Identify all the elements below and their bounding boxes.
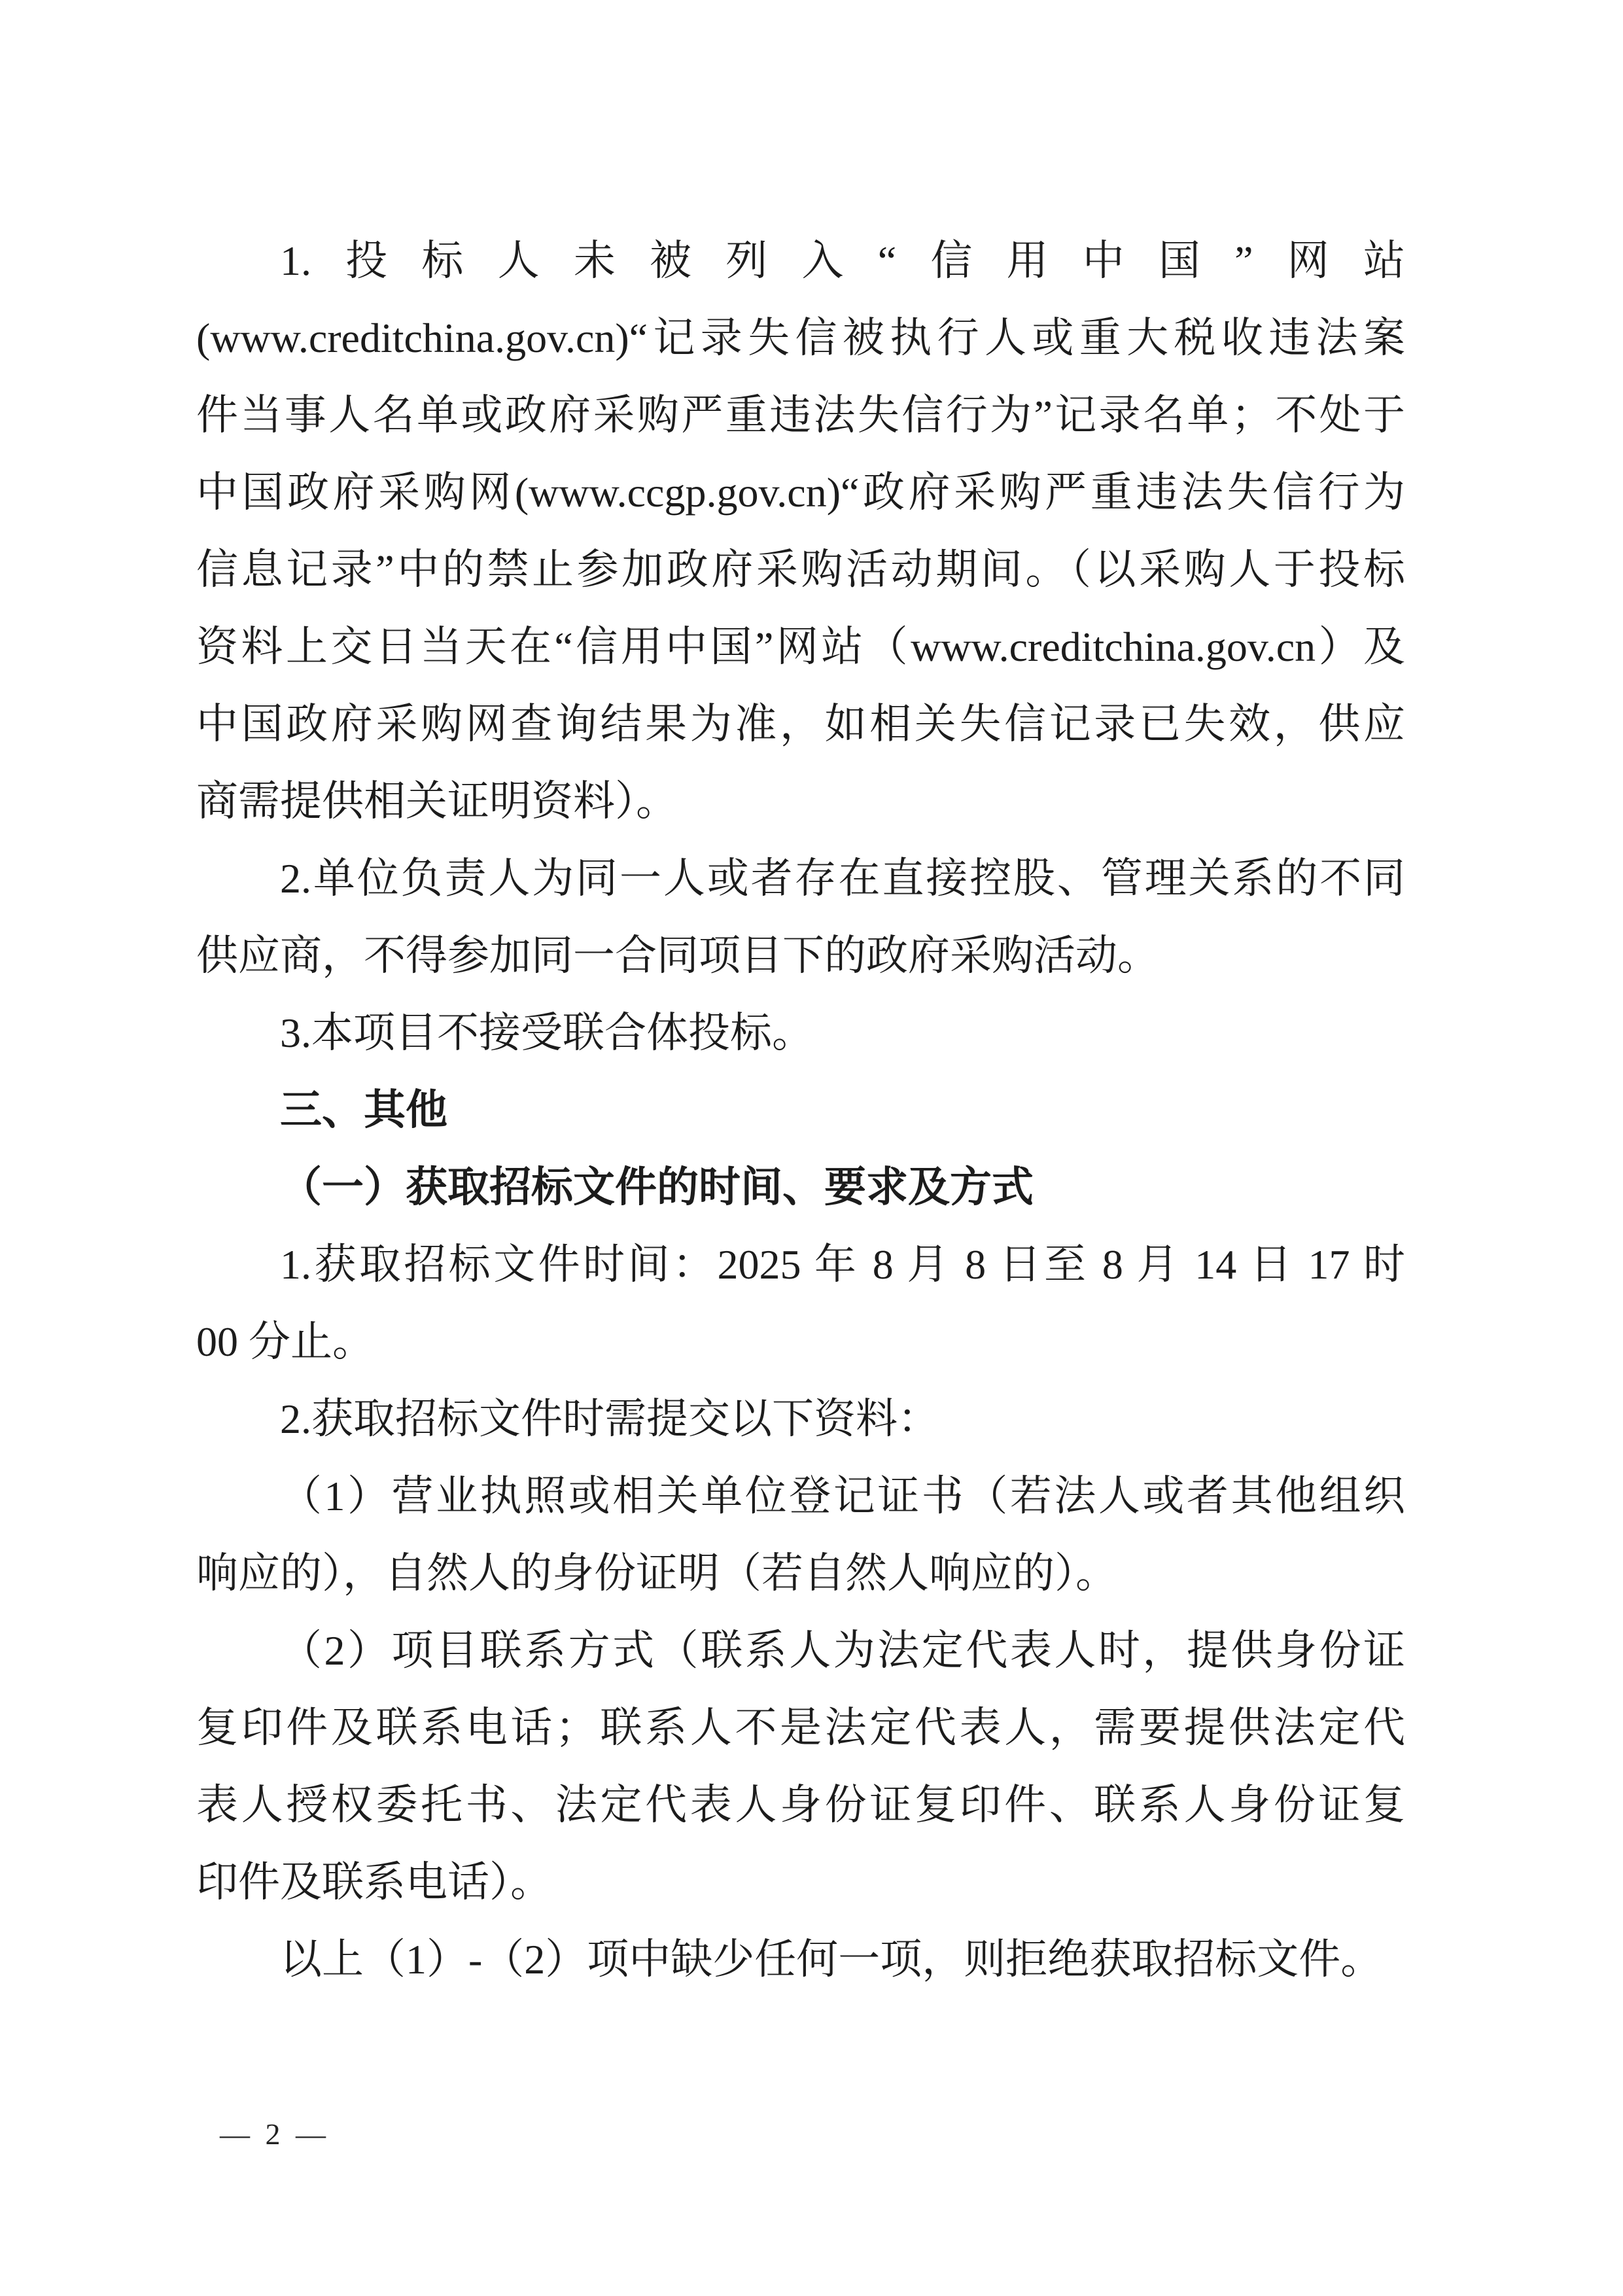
text-line: 资料上交日当天在“信用中国”网站（www.creditchina.gov.cn）…	[196, 609, 1405, 686]
text-line: 中国政府采购网查询结果为准，如相关失信记录已失效，供应	[196, 686, 1405, 763]
text-line: 供应商，不得参加同一合同项目下的政府采购活动。	[196, 917, 1405, 995]
text-line: (www.creditchina.gov.cn)“记录失信被执行人或重大税收违法…	[196, 300, 1405, 377]
text-line: 件当事人名单或政府采购严重违法失信行为”记录名单；不处于	[196, 377, 1405, 454]
text-line: （1）营业执照或相关单位登记证书（若法人或者其他组织	[196, 1458, 1405, 1535]
text-line: 印件及联系电话）。	[196, 1844, 1405, 1921]
text-line: 2.单位负责人为同一人或者存在直接控股、管理关系的不同	[196, 840, 1405, 917]
text-line: （一）获取招标文件的时间、要求及方式	[196, 1149, 1405, 1226]
page-number: — 2 —	[220, 2115, 330, 2154]
document-body: 1.投标人未被列入“信用中国”网站(www.creditchina.gov.cn…	[196, 222, 1405, 1998]
text-line: 信息记录”中的禁止参加政府采购活动期间。（以采购人于投标	[196, 531, 1405, 609]
text-line: 3.本项目不接受联合体投标。	[196, 995, 1405, 1072]
text-line: 商需提供相关证明资料）。	[196, 763, 1405, 840]
text-line: 响应的），自然人的身份证明（若自然人响应的）。	[196, 1535, 1405, 1612]
text-line: 1.获取招标文件时间：2025 年 8 月 8 日至 8 月 14 日 17 时	[196, 1226, 1405, 1303]
text-line: （2）项目联系方式（联系人为法定代表人时，提供身份证	[196, 1612, 1405, 1689]
text-line: 表人授权委托书、法定代表人身份证复印件、联系人身份证复	[196, 1767, 1405, 1844]
text-line: 中国政府采购网(www.ccgp.gov.cn)“政府采购严重违法失信行为	[196, 454, 1405, 531]
text-line: 1.投标人未被列入“信用中国”网站	[196, 222, 1405, 300]
text-line: 复印件及联系电话；联系人不是法定代表人，需要提供法定代	[196, 1689, 1405, 1767]
document-page: 1.投标人未被列入“信用中国”网站(www.creditchina.gov.cn…	[0, 0, 1623, 2296]
text-line: 以上（1）-（2）项中缺少任何一项，则拒绝获取招标文件。	[196, 1921, 1405, 1998]
text-line: 2.获取招标文件时需提交以下资料：	[196, 1381, 1405, 1458]
text-line: 三、其他	[196, 1072, 1405, 1149]
text-line: 00 分止。	[196, 1303, 1405, 1381]
